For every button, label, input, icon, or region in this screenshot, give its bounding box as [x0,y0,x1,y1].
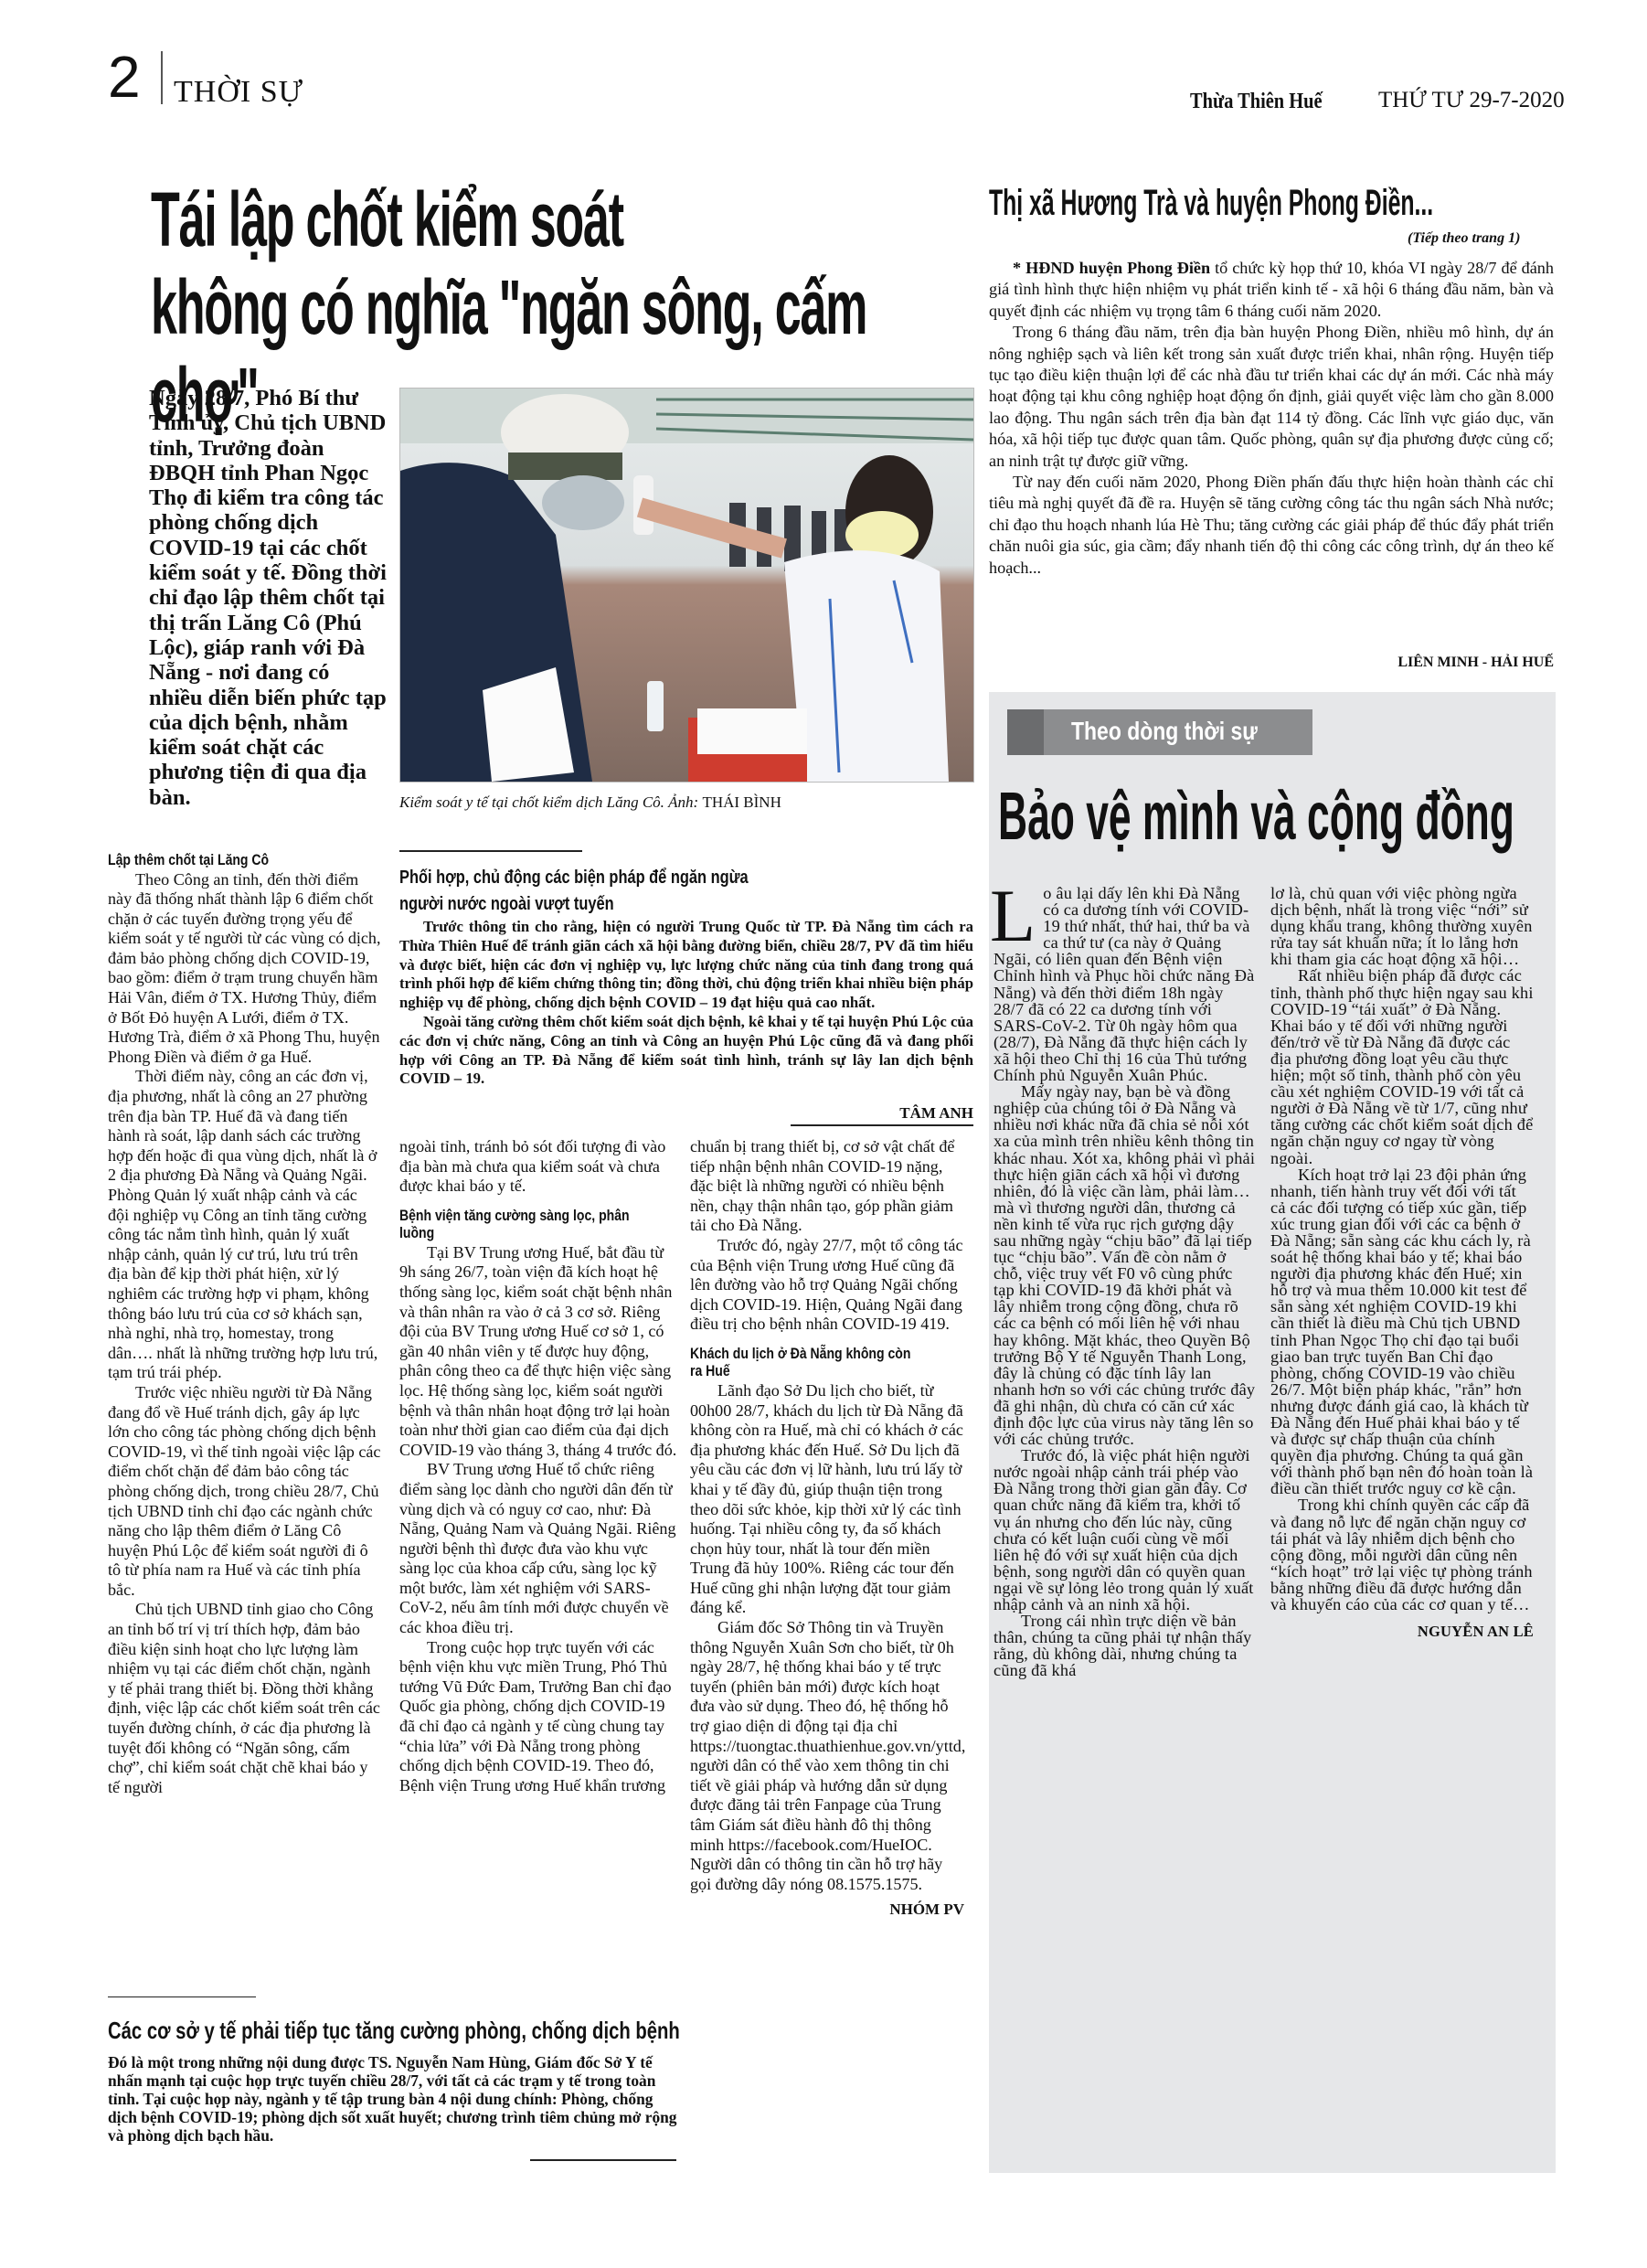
right-article-lead-bold: * HĐND huyện Phong Điền [1013,259,1210,277]
editorial-paragraph: Trong khi chính quyền các cấp đã và đang… [1270,1496,1534,1613]
right-article-paragraph: Trong 6 tháng đầu năm, trên địa bàn huyệ… [989,322,1554,472]
body-column-3: chuẩn bị trang thiết bị, cơ sở vật chất … [690,1137,964,1920]
photo-caption: Kiểm soát y tế tại chốt kiểm dịch Lăng C… [399,793,781,812]
col2-paragraph: Tại BV Trung ương Huế, bắt đầu từ 9h sán… [399,1243,678,1461]
body-column-1: Lập thêm chốt tại Lăng Cô Theo Công an t… [108,852,382,1797]
col3-continuation: chuẩn bị trang thiết bị, cơ sở vật chất … [690,1137,964,1236]
newspaper-name: Thừa Thiên Huế [1190,90,1323,114]
sidebar-title: Phối hợp, chủ động các biện pháp để ngăn… [399,865,969,918]
page-number: 2 [108,48,141,106]
col2-subhead: Bệnh viện tăng cường sàng lọc, phân luồn… [399,1208,636,1243]
editorial-paragraph: Rất nhiều biện pháp đã được các tỉnh, th… [1270,967,1534,1166]
editorial-continuation: lơ là, chủ quan với việc phòng ngừa dịch… [1270,885,1534,967]
editorial-tag-accent [1007,709,1044,755]
editorial-column-2: lơ là, chủ quan với việc phòng ngừa dịch… [1270,885,1534,1640]
col3-paragraph: Giám đốc Sở Thông tin và Truyền thông Ng… [690,1618,964,1894]
section-name: THỜI SỰ [174,77,303,108]
editorial-first-paragraph: Lo âu lại dấy lên khi Đà Nẵng có ca dươn… [994,885,1257,1083]
sidebar-paragraph: Trước thông tin cho rằng, hiện có người … [399,918,973,1013]
col3-paragraph: Trước đó, ngày 27/7, một tổ công tác của… [690,1236,964,1335]
right-article-byline: LIÊN MINH - HẢI HUẾ [1280,655,1554,671]
sidebar-byline: TÂM ANH [731,1104,973,1123]
right-article-paragraph: Từ nay đến cuối năm 2020, Phong Điền phấ… [989,472,1554,579]
bottom-box-title: Các cơ sở y tế phải tiếp tục tăng cường … [108,2015,680,2046]
col1-paragraph: Theo Công an tỉnh, đến thời điểm này đã … [108,870,382,1068]
editorial-tag-label: Theo dòng thời sự [1071,713,1258,750]
main-headline-line-1: Tái lập chốt kiểm soát [151,176,978,263]
drop-cap: L [990,887,1036,945]
sidebar-title-line-1: Phối hợp, chủ động các biện pháp để ngăn… [399,865,969,891]
editorial-byline: NGUYỄN AN LÊ [1270,1624,1534,1640]
col1-paragraph: Trước việc nhiều người từ Đà Nẵng đang đ… [108,1383,382,1601]
bottom-box-text: Đó là một trong những nội dung được TS. … [108,2053,684,2145]
col2-continuation: ngoài tỉnh, tránh bỏ sót đối tượng đi và… [399,1137,678,1197]
editorial-paragraph: Mấy ngày nay, bạn bè và đồng nghiệp của … [994,1083,1257,1447]
continued-from-note: (Tiếp theo trang 1) [1408,230,1520,247]
col3-subhead: Khách du lịch ở Đà Nẵng không còn ra Huế [690,1346,923,1381]
main-article-byline: NHÓM PV [690,1900,964,1920]
photo-credit: THÁI BÌNH [702,793,781,811]
editorial-column-1: Lo âu lại dấy lên khi Đà Nẵng có ca dươn… [994,885,1257,1679]
col1-subhead: Lập thêm chốt tại Lăng Cô [108,852,341,870]
bottom-box-rule [530,2159,676,2161]
col3-paragraph: Lãnh đạo Sở Du lịch cho biết, từ 00h00 2… [690,1381,964,1618]
col1-paragraph: Thời điểm này, công an các đơn vị, địa p… [108,1067,382,1383]
right-article-paragraph: * HĐND huyện Phong Điền tổ chức kỳ họp t… [989,258,1554,322]
sidebar-bottom-rule [791,1124,973,1126]
right-article-title: Thị xã Hương Trà và huyện Phong Điền... [989,183,1433,223]
sidebar-top-rule [399,850,582,852]
issue-date: THỨ TƯ 29-7-2020 [1378,88,1565,113]
right-article-body: * HĐND huyện Phong Điền tổ chức kỳ họp t… [989,258,1554,579]
editorial-paragraph: Trước đó, là việc phát hiện người nước n… [994,1447,1257,1613]
sidebar-body: Trước thông tin cho rằng, hiện có người … [399,918,973,1089]
editorial-title: Bảo vệ mình và cộng đồng [998,775,1514,857]
col2-paragraph: BV Trung ương Huế tổ chức riêng điểm sàn… [399,1460,678,1637]
photo-caption-text: Kiểm soát y tế tại chốt kiểm dịch Lăng C… [399,793,698,811]
body-column-2: ngoài tỉnh, tránh bỏ sót đối tượng đi và… [399,1137,678,1795]
editorial-paragraph: Kích hoạt trở lại 23 đội phản ứng nhanh,… [1270,1166,1534,1497]
col1-paragraph: Chủ tịch UBND tỉnh giao cho Công an tỉnh… [108,1600,382,1797]
sidebar-paragraph: Ngoài tăng cường thêm chốt kiểm soát dịc… [399,1013,973,1089]
article-lead: Ngày 28/7, Phó Bí thư Tỉnh ủy, Chủ tịch … [149,386,387,810]
editorial-paragraph: Trong cái nhìn trực diện về bản thân, ch… [994,1613,1257,1678]
sidebar-title-line-2: người nước ngoài vượt tuyến [399,891,969,918]
col1-end-rule [108,1996,256,1997]
news-photo [399,388,974,783]
photo-illustration [400,389,973,782]
page-number-divider [161,51,163,104]
col2-paragraph: Trong cuộc họp trực tuyến với các bệnh v… [399,1638,678,1796]
